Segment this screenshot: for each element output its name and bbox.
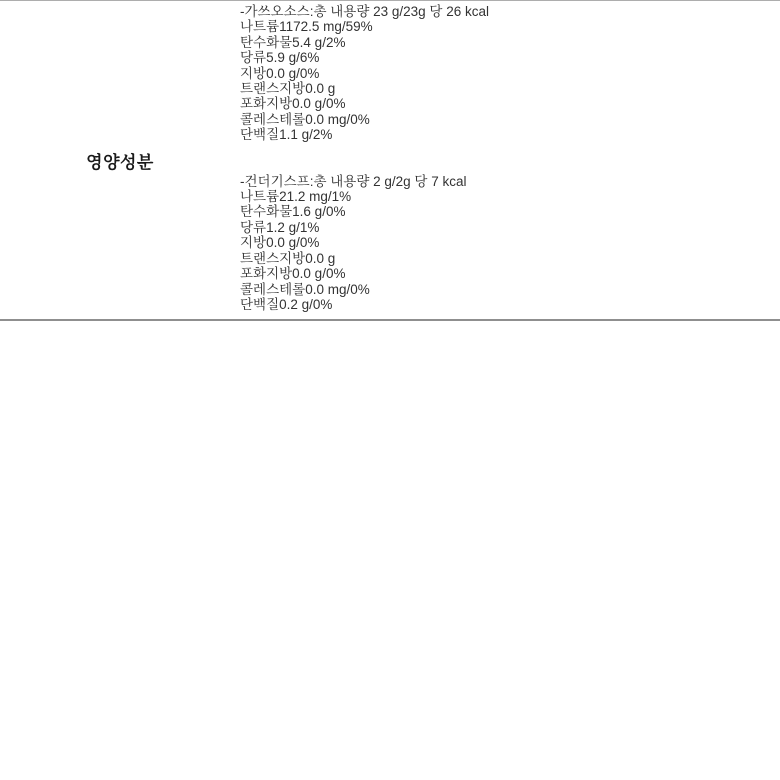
nutrition-line: 당류1.2 g/1% [240, 220, 770, 235]
nutrition-line: 지방0.0 g/0% [240, 235, 770, 250]
nutrition-line: 탄수화물5.4 g/2% [240, 35, 770, 50]
nutrition-line: 지방0.0 g/0% [240, 66, 770, 81]
nutrition-line: 포화지방0.0 g/0% [240, 266, 770, 281]
nutrition-line: 나트륨1172.5 mg/59% [240, 19, 770, 34]
nutrition-line: 단백질0.2 g/0% [240, 297, 770, 312]
nutrition-line: -건더기스프:총 내용량 2 g/2g 당 7 kcal [240, 174, 770, 189]
nutrition-line: -가쓰오소스:총 내용량 23 g/23g 당 26 kcal [240, 4, 770, 19]
nutrition-line: 탄수화물1.6 g/0% [240, 204, 770, 219]
nutrition-line: 콜레스테롤0.0 mg/0% [240, 112, 770, 127]
nutrition-line: 단백질1.1 g/2% [240, 127, 770, 142]
nutrition-line: 포화지방0.0 g/0% [240, 96, 770, 111]
nutrition-row-header: 영양성분 [0, 1, 240, 319]
nutrition-row-label: 영양성분 [86, 148, 154, 173]
nutrition-line: 당류5.9 g/6% [240, 50, 770, 65]
nutrition-spec-row: 영양성분 -가쓰오소스:총 내용량 23 g/23g 당 26 kcal 나트륨… [0, 0, 780, 321]
nutrition-line: 콜레스테롤0.0 mg/0% [240, 282, 770, 297]
nutrition-row-content: -가쓰오소스:총 내용량 23 g/23g 당 26 kcal 나트륨1172.… [240, 1, 780, 319]
nutrition-section-soup-mix: -건더기스프:총 내용량 2 g/2g 당 7 kcal 나트륨21.2 mg/… [240, 174, 770, 313]
product-detail-page: 영양성분 -가쓰오소스:총 내용량 23 g/23g 당 26 kcal 나트륨… [0, 0, 780, 780]
nutrition-line: 나트륨21.2 mg/1% [240, 189, 770, 204]
nutrition-line: 트랜스지방0.0 g [240, 251, 770, 266]
nutrition-section-katsuo-sauce: -가쓰오소스:총 내용량 23 g/23g 당 26 kcal 나트륨1172.… [240, 4, 770, 143]
nutrition-line: 트랜스지방0.0 g [240, 81, 770, 96]
